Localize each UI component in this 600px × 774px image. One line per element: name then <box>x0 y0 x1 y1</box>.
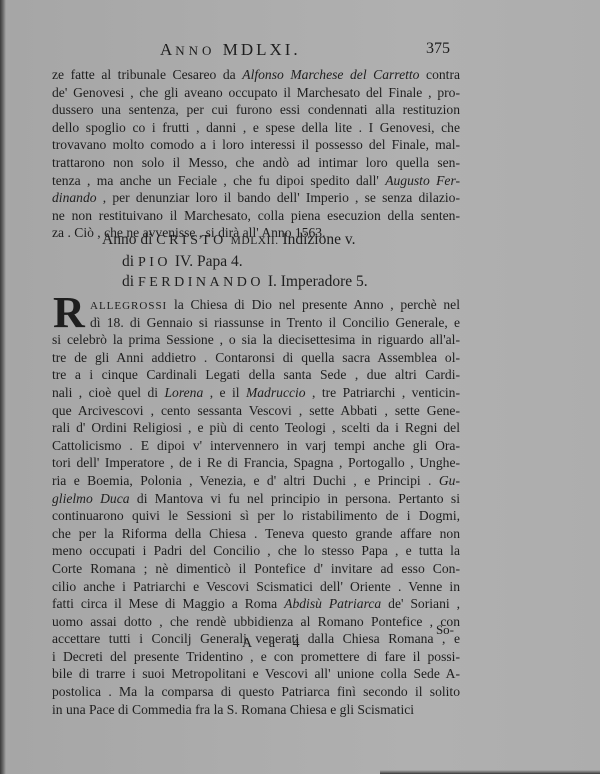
text-line: cilio anche i Patriarchi e Vescovi Scism… <box>52 578 460 596</box>
text-run: bile di trarre i suoi Metropolitani e Ve… <box>52 666 460 681</box>
text-run: ria e Boemia, Polonia , Venezia, e d' al… <box>52 473 439 488</box>
italic-name: dinando <box>52 190 97 205</box>
text-run: dello spoglio co i frutti , danni , e sp… <box>52 120 460 135</box>
page-edge-shadow <box>380 770 600 774</box>
text-run: che per la Riforma della Chiesa . Teneva… <box>52 526 460 541</box>
page-number: 375 <box>426 40 450 58</box>
heading-pope-year: IV. Papa 4. <box>171 253 243 270</box>
page-footer: So- A a 4 <box>52 636 460 654</box>
year-heading: Anno di CRISTO MDLXII. Indizione v. di P… <box>102 230 368 293</box>
heading-line-emperor: di FERDINANDO I. Imperadore 5. <box>102 272 368 293</box>
text-line: bile di trarre i suoi Metropolitani e Ve… <box>52 665 460 683</box>
text-run: in una Pace di Commedia fra la S. Romana… <box>52 702 414 717</box>
text-run: contra <box>419 67 460 82</box>
text-run: ne non restituivano il Marchesato, colla… <box>52 208 460 223</box>
signature-mark: A a 4 <box>242 636 307 652</box>
text-line: tori dell' Imperatore , de i Re di Franc… <box>52 454 460 472</box>
italic-name: Gu- <box>439 473 460 488</box>
text-line: glielmo Duca di Mantova vi fu nel princi… <box>52 490 460 508</box>
text-run: meno occupati i Padri del Concilio , che… <box>52 543 460 558</box>
italic-name: Madruccio <box>246 385 306 400</box>
text-run: si celebrò la prima Sessione , o sia la … <box>52 332 460 347</box>
running-title: ANNO MDLXI. <box>160 40 301 60</box>
text-run: que Arcivescovi , cento sessanta Vescovi… <box>52 403 460 418</box>
heading-indiction: Indizione v. <box>279 231 356 248</box>
text-run: la Chiesa di Dio nel presente Anno , per… <box>167 297 460 312</box>
text-run: , tre Patriarchi , venticin- <box>306 385 460 400</box>
running-title-initial: A <box>160 40 175 59</box>
text-line: dello spoglio co i frutti , danni , e sp… <box>52 119 460 137</box>
heading-year-numeral: MDLXII. <box>231 235 279 247</box>
text-line: rali d' Ordini Religiosi , e più di cent… <box>52 419 460 437</box>
running-title-rest: NNO <box>175 43 215 58</box>
italic-name: Lorena <box>165 385 204 400</box>
text-line: postolica . Ma la comparsa di questo Pat… <box>52 683 460 701</box>
text-line: tre a i cinque Cardinali Legati della sa… <box>52 366 460 384</box>
text-line: de' Genovesi , che gli aveano occupato i… <box>52 84 460 102</box>
text-line: continuarono quivi le Sessioni sì per lo… <box>52 507 460 525</box>
text-line: trovavano molto comodo a i loro interess… <box>52 136 460 154</box>
text-run: cilio anche i Patriarchi e Vescovi Scism… <box>52 579 460 594</box>
text-line: dussero una sentenza, per cui furono ess… <box>52 101 460 119</box>
text-run: tori dell' Imperatore , de i Re di Franc… <box>52 455 460 470</box>
text-run: dussero una sentenza, per cui furono ess… <box>52 102 460 117</box>
text-line: tre de gli Anni addietro . Contaronsi di… <box>52 349 460 367</box>
text-run: fatti circa il Mese di Maggio a Roma <box>52 596 284 611</box>
italic-name: Alfonso Marchese del Carretto <box>242 67 419 82</box>
text-line: Corte Romana ; nè dimenticò il Pontefice… <box>52 560 460 578</box>
text-run: trattarono non solo il Messo, che andò a… <box>52 155 460 170</box>
text-line: uomo assai dotto , che rendè ubbidienza … <box>52 613 460 631</box>
text-line: trattarono non solo il Messo, che andò a… <box>52 154 460 172</box>
text-line: si celebrò la prima Sessione , o sia la … <box>52 331 460 349</box>
text-line: che per la Riforma della Chiesa . Teneva… <box>52 525 460 543</box>
text-run: nali , cioè quel di <box>52 385 165 400</box>
text-run: Corte Romana ; nè dimenticò il Pontefice… <box>52 561 460 576</box>
text-run: rali d' Ordini Religiosi , e più di cent… <box>52 420 460 435</box>
text-line: Cattolicismo . E dipoi v' intervennero i… <box>52 437 460 455</box>
text-run: tenza , ma anche un Feciale , che fu dip… <box>52 173 385 188</box>
text-line: meno occupati i Padri del Concilio , che… <box>52 542 460 560</box>
text-line: fatti circa il Mese di Maggio a Roma Abd… <box>52 595 460 613</box>
text-run: uomo assai dotto , che rendè ubbidienza … <box>52 614 460 629</box>
text-run: de' Genovesi , che gli aveano occupato i… <box>52 85 460 100</box>
heading-emperor-name: FERDINANDO <box>138 275 264 290</box>
heading-christ: CRISTO <box>156 233 227 248</box>
text-run: di Mantova vi fu nel principio in person… <box>130 491 460 506</box>
lead-smallcaps: ALLEGROSSI <box>90 300 167 312</box>
heading-text: Anno di <box>102 231 156 248</box>
text-run: dì 18. di Gennaio si riassunse in Trento… <box>90 315 460 330</box>
text-line: nali , cioè quel di Lorena , e il Madruc… <box>52 384 460 402</box>
text-line: ze fatte al tribunale Cesareo da Alfonso… <box>52 66 460 84</box>
text-line: ne non restituivano il Marchesato, colla… <box>52 207 460 225</box>
text-run: , per denunziar loro il bando dell' Impe… <box>97 190 460 205</box>
running-title-year: MDLXI. <box>223 40 301 59</box>
text-run: Cattolicismo . E dipoi v' intervennero i… <box>52 438 460 453</box>
text-line: ria e Boemia, Polonia , Venezia, e d' al… <box>52 472 460 490</box>
italic-name: Augusto Fer- <box>385 173 460 188</box>
catchword: So- <box>436 622 454 638</box>
text-line: ALLEGROSSI la Chiesa di Dio nel presente… <box>52 296 460 314</box>
text-line: dì 18. di Gennaio si riassunse in Trento… <box>52 314 460 332</box>
heading-line-year: Anno di CRISTO MDLXII. Indizione v. <box>102 230 368 252</box>
text-line: que Arcivescovi , cento sessanta Vescovi… <box>52 402 460 420</box>
text-run: postolica . Ma la comparsa di questo Pat… <box>52 684 460 699</box>
text-run: continuarono quivi le Sessioni sì per lo… <box>52 508 460 523</box>
heading-text: di <box>122 273 138 290</box>
heading-pope-name: PIO <box>138 255 171 270</box>
text-line: dinando , per denunziar loro il bando de… <box>52 189 460 207</box>
text-run: de' Soriani , <box>381 596 460 611</box>
text-run: tre a i cinque Cardinali Legati della sa… <box>52 367 460 382</box>
book-page: ANNO MDLXI. 375 ze fatte al tribunale Ce… <box>0 0 600 774</box>
paragraph-continuation: ze fatte al tribunale Cesareo da Alfonso… <box>52 66 460 242</box>
heading-line-pope: di PIO IV. Papa 4. <box>102 252 368 273</box>
running-head: ANNO MDLXI. 375 <box>52 40 460 62</box>
text-line: tenza , ma anche un Feciale , che fu dip… <box>52 172 460 190</box>
paragraph-main: ALLEGROSSI la Chiesa di Dio nel presente… <box>52 296 460 718</box>
heading-text: di <box>122 253 138 270</box>
text-run: tre de gli Anni addietro . Contaronsi di… <box>52 350 460 365</box>
text-run: ze fatte al tribunale Cesareo da <box>52 67 242 82</box>
italic-name: glielmo Duca <box>52 491 130 506</box>
text-run: trovavano molto comodo a i loro interess… <box>52 137 460 152</box>
text-run: , e il <box>203 385 246 400</box>
italic-name: Abdisù Patriarca <box>284 596 381 611</box>
heading-emperor-year: I. Imperadore 5. <box>264 273 368 290</box>
text-line: in una Pace di Commedia fra la S. Romana… <box>52 701 460 719</box>
